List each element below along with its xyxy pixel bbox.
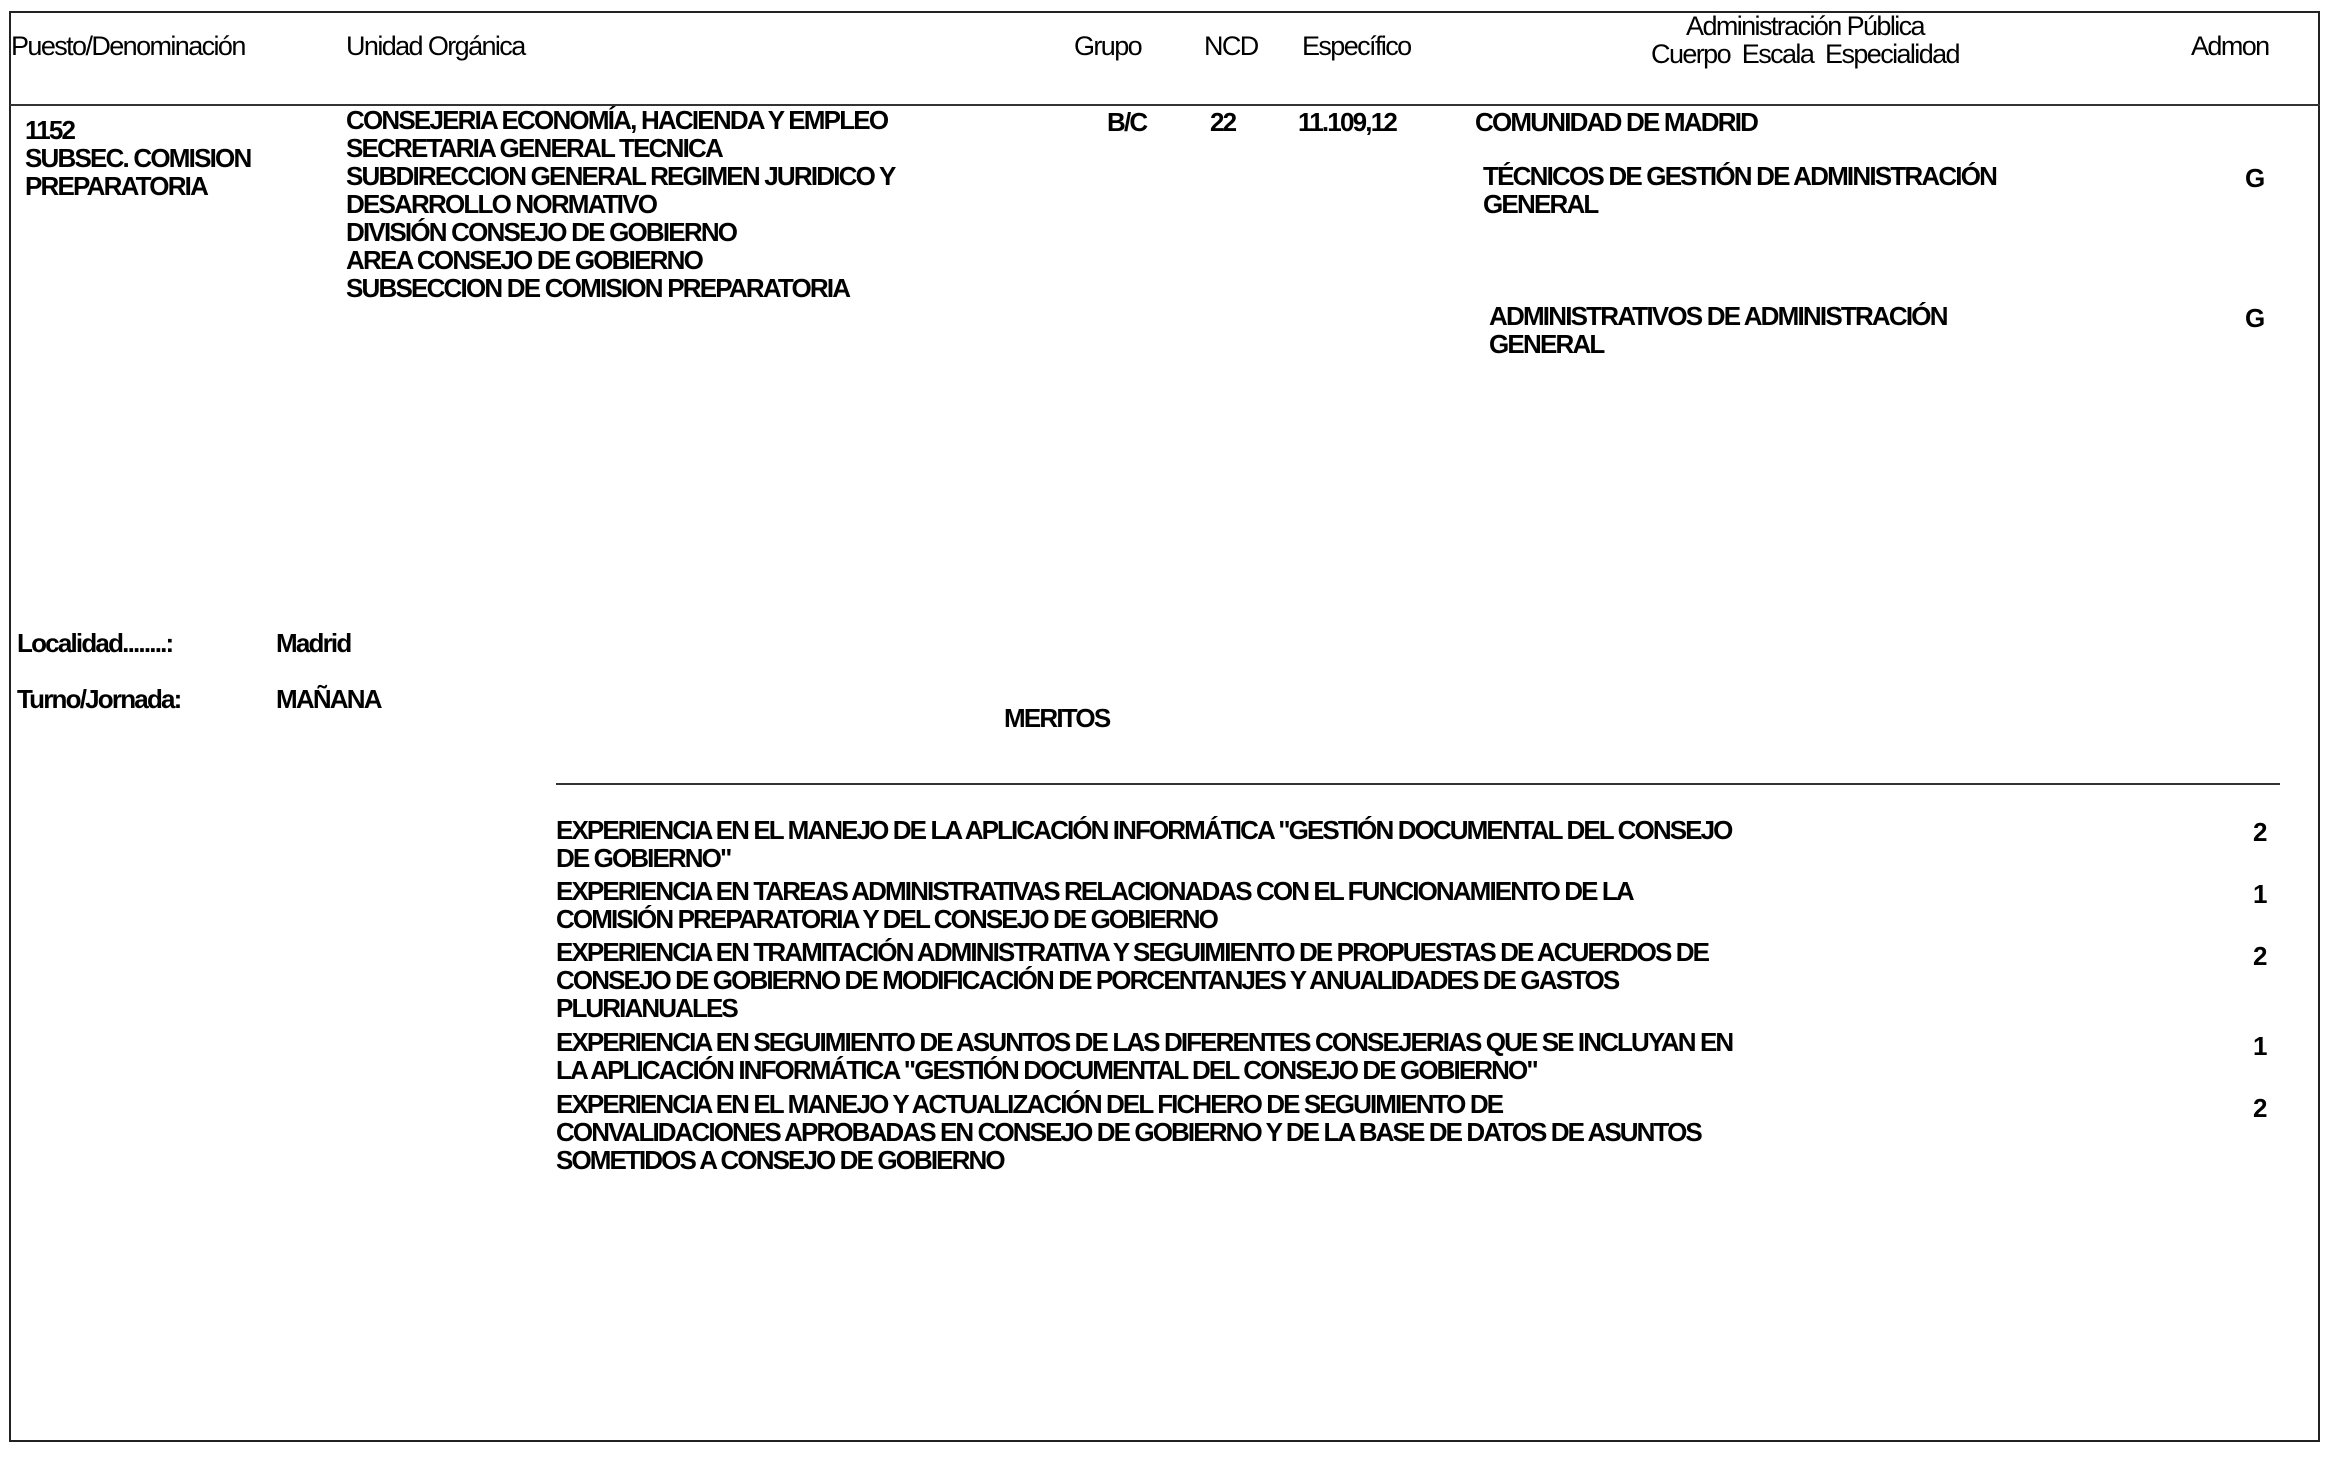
puesto-code: 1152 bbox=[25, 116, 250, 144]
ncd-value: 22 bbox=[1210, 109, 1235, 135]
cuerpo-line: ADMINISTRATIVOS DE ADMINISTRACIÓN bbox=[1489, 302, 1947, 330]
merito-line: CONVALIDACIONES APROBADAS EN CONSEJO DE … bbox=[556, 1118, 1701, 1146]
header-especifico: Específico bbox=[1302, 33, 1411, 60]
merito-line: EXPERIENCIA EN EL MANEJO DE LA APLICACIÓ… bbox=[556, 816, 1731, 844]
merito-line: EXPERIENCIA EN SEGUIMIENTO DE ASUNTOS DE… bbox=[556, 1028, 1732, 1056]
header-admin-publica: Administración Pública bbox=[1560, 13, 2050, 40]
merito-score: 1 bbox=[2253, 1031, 2267, 1062]
merito-line: EXPERIENCIA EN TAREAS ADMINISTRATIVAS RE… bbox=[556, 877, 1633, 905]
merito-line: COMISIÓN PREPARATORIA Y DEL CONSEJO DE G… bbox=[556, 905, 1633, 933]
puesto-denominacion-line: SUBSEC. COMISION bbox=[25, 144, 250, 172]
header-cuerpo-escala: Cuerpo Escala Especialidad bbox=[1560, 41, 2050, 68]
unidad-organica-block: CONSEJERIA ECONOMÍA, HACIENDA Y EMPLEO S… bbox=[346, 106, 895, 302]
grupo-value: B/C bbox=[1107, 109, 1146, 135]
unidad-line: SUBSECCION DE COMISION PREPARATORIA bbox=[346, 274, 895, 302]
unidad-line: DESARROLLO NORMATIVO bbox=[346, 190, 895, 218]
meritos-title: MERITOS bbox=[1004, 705, 1109, 731]
merito-score: 1 bbox=[2253, 879, 2267, 910]
merito-item: EXPERIENCIA EN TRAMITACIÓN ADMINISTRATIV… bbox=[556, 938, 1708, 1022]
merito-line: DE GOBIERNO" bbox=[556, 844, 1731, 872]
cuerpo-admon: G bbox=[2245, 305, 2263, 331]
cuerpo-item: ADMINISTRATIVOS DE ADMINISTRACIÓN GENERA… bbox=[1489, 302, 1947, 358]
unidad-line: AREA CONSEJO DE GOBIERNO bbox=[346, 246, 895, 274]
merito-score: 2 bbox=[2253, 817, 2267, 848]
cuerpo-line: GENERAL bbox=[1489, 330, 1947, 358]
merito-item: EXPERIENCIA EN EL MANEJO DE LA APLICACIÓ… bbox=[556, 816, 1731, 872]
merito-item: EXPERIENCIA EN EL MANEJO Y ACTUALIZACIÓN… bbox=[556, 1090, 1701, 1174]
merito-line: PLURIANUALES bbox=[556, 994, 1708, 1022]
header-unidad: Unidad Orgánica bbox=[346, 33, 525, 60]
merito-line: CONSEJO DE GOBIERNO DE MODIFICACIÓN DE P… bbox=[556, 966, 1708, 994]
turno-label: Turno/Jornada: bbox=[17, 686, 181, 712]
cuerpo-admon: G bbox=[2245, 165, 2263, 191]
merito-line: EXPERIENCIA EN EL MANEJO Y ACTUALIZACIÓN… bbox=[556, 1090, 1701, 1118]
merito-score: 2 bbox=[2253, 941, 2267, 972]
cuerpo-line: GENERAL bbox=[1483, 190, 1996, 218]
merito-line: LA APLICACIÓN INFORMÁTICA "GESTIÓN DOCUM… bbox=[556, 1056, 1732, 1084]
merito-item: EXPERIENCIA EN SEGUIMIENTO DE ASUNTOS DE… bbox=[556, 1028, 1732, 1084]
unidad-line: SECRETARIA GENERAL TECNICA bbox=[346, 134, 895, 162]
unidad-line: DIVISIÓN CONSEJO DE GOBIERNO bbox=[346, 218, 895, 246]
header-grupo: Grupo bbox=[1074, 33, 1141, 60]
localidad-label: Localidad........: bbox=[17, 630, 172, 656]
administracion-value: COMUNIDAD DE MADRID bbox=[1475, 109, 1757, 135]
cuerpo-line: TÉCNICOS DE GESTIÓN DE ADMINISTRACIÓN bbox=[1483, 162, 1996, 190]
merito-item: EXPERIENCIA EN TAREAS ADMINISTRATIVAS RE… bbox=[556, 877, 1633, 933]
puesto-block: 1152 SUBSEC. COMISION PREPARATORIA bbox=[25, 116, 250, 200]
header-puesto: Puesto/Denominación bbox=[11, 33, 245, 60]
unidad-line: CONSEJERIA ECONOMÍA, HACIENDA Y EMPLEO bbox=[346, 106, 895, 134]
meritos-divider bbox=[556, 783, 2280, 785]
localidad-value: Madrid bbox=[276, 630, 350, 656]
cuerpo-item: TÉCNICOS DE GESTIÓN DE ADMINISTRACIÓN GE… bbox=[1483, 162, 1996, 218]
merito-line: EXPERIENCIA EN TRAMITACIÓN ADMINISTRATIV… bbox=[556, 938, 1708, 966]
merito-score: 2 bbox=[2253, 1093, 2267, 1124]
especifico-value: 11.109,12 bbox=[1298, 109, 1396, 135]
merito-line: SOMETIDOS A CONSEJO DE GOBIERNO bbox=[556, 1146, 1701, 1174]
unidad-line: SUBDIRECCION GENERAL REGIMEN JURIDICO Y bbox=[346, 162, 895, 190]
puesto-denominacion-line: PREPARATORIA bbox=[25, 172, 250, 200]
header-ncd: NCD bbox=[1204, 33, 1258, 60]
turno-value: MAÑANA bbox=[276, 686, 381, 712]
header-admon: Admon bbox=[2191, 33, 2269, 60]
